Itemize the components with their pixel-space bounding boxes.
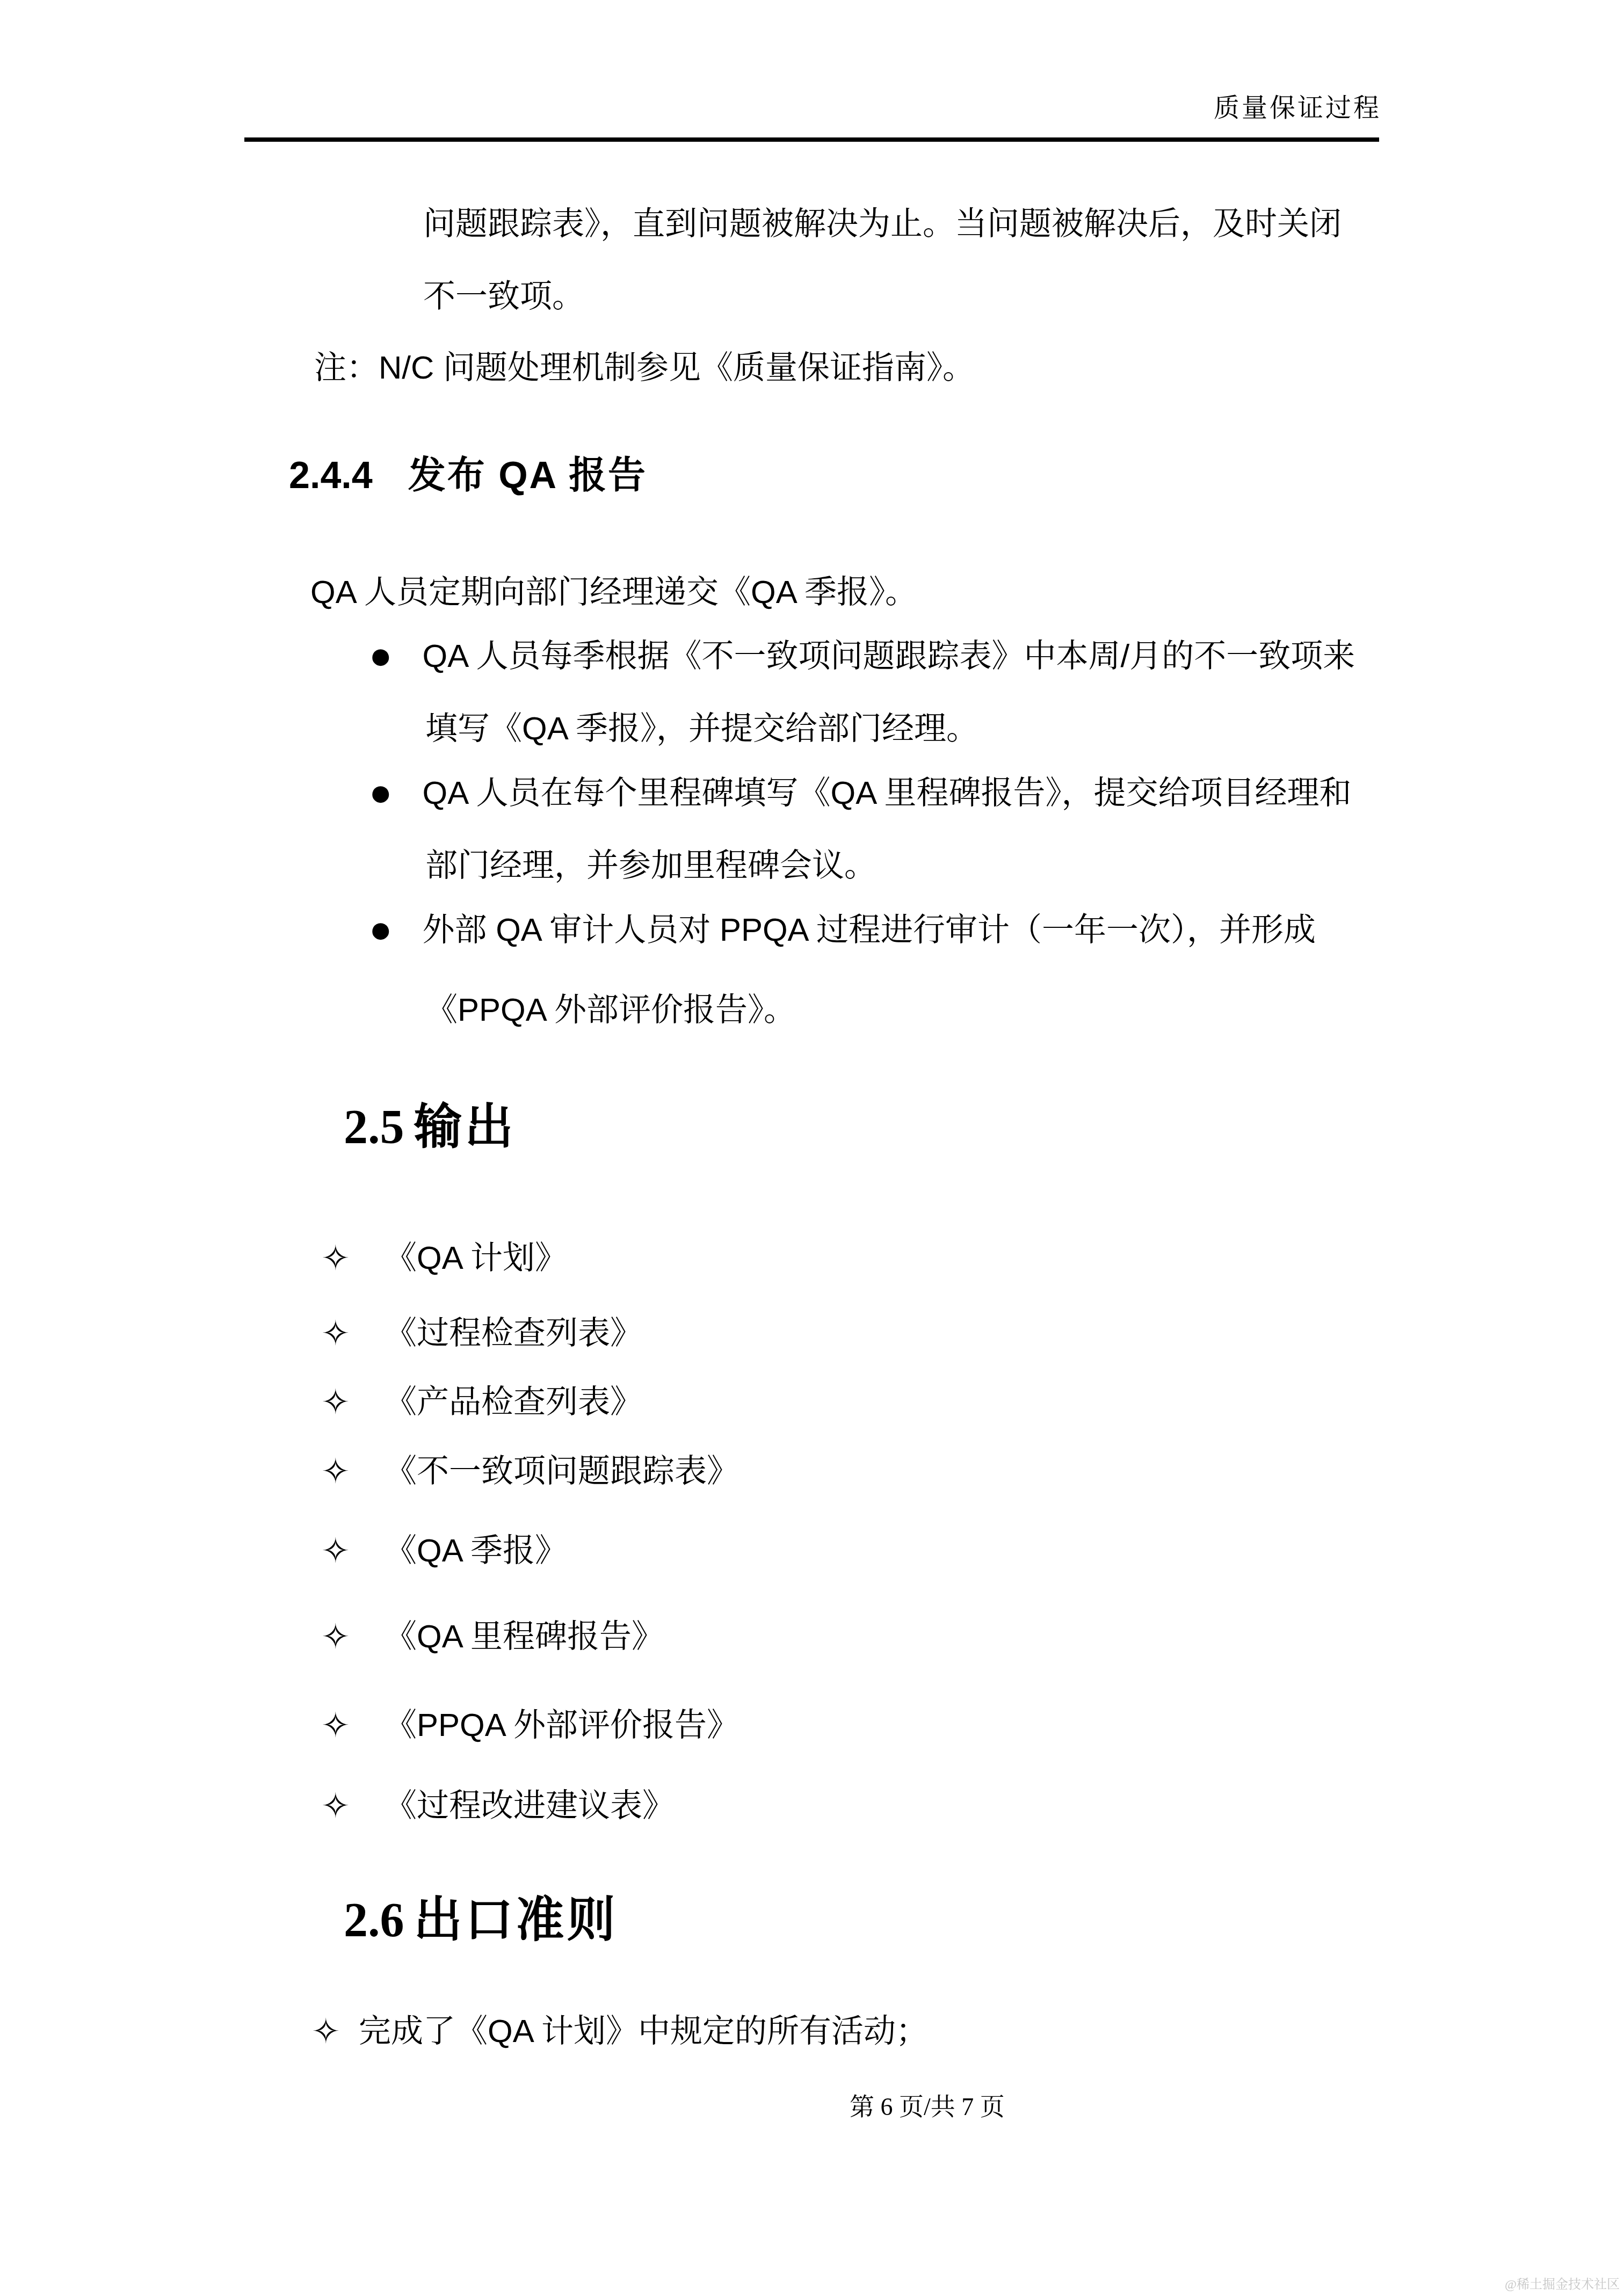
bullet-item: ● 外部 QA 审计人员对 PPQA 过程进行审计（一年一次），并形成 [369,910,1316,949]
list-item: ✧ 完成了《QA 计划》中规定的所有活动； [311,2012,928,2050]
diamond-bullet-icon: ✧ [321,1708,385,1742]
header-rule [244,137,1379,142]
bullet-text-continued: 部门经理，并参加里程碑会议。 [425,847,876,884]
list-item-label: 《QA 里程碑报告》 [385,1618,664,1655]
document-page: 质量保证过程 问题跟踪表》，直到问题被解决为止。当问题被解决后，及时关闭 不一致… [0,0,1624,2296]
list-item: ✧ 《PPQA 外部评价报告》 [321,1706,739,1743]
list-item: ✧ 《过程检查列表》 [321,1314,642,1352]
page-footer: 第 6 页/共 7 页 [850,2093,1005,2121]
list-item-label: 《PPQA 外部评价报告》 [385,1706,739,1743]
heading-number: 2.6 [344,1894,404,1947]
bullet-icon: ● [369,636,393,675]
list-item-label: 《QA 季报》 [385,1532,567,1569]
diamond-bullet-icon: ✧ [321,1534,385,1568]
diamond-bullet-icon: ✧ [321,1789,385,1823]
list-item: ✧ 《QA 季报》 [321,1532,567,1569]
list-item: ✧ 《过程改进建议表》 [321,1787,675,1824]
diamond-bullet-icon: ✧ [321,1454,385,1488]
bullet-text: QA 人员在每个里程碑填写《QA 里程碑报告》，提交给项目经理和 [423,774,1352,811]
list-item: ✧ 《产品检查列表》 [321,1383,642,1420]
lead-paragraph: QA 人员定期向部门经理递交《QA 季报》。 [310,573,917,611]
list-item-label: 《QA 计划》 [385,1239,567,1276]
heading-title: 出口准则 [414,1893,618,1947]
bullet-text: QA 人员每季根据《不一致项问题跟踪表》中本周/月的不一致项来 [423,637,1355,674]
running-title: 质量保证过程 [1214,93,1381,123]
heading-number: 2.5 [344,1101,404,1154]
list-item-label: 《不一致项问题跟踪表》 [385,1452,739,1490]
bullet-icon: ● [369,773,393,812]
diamond-bullet-icon: ✧ [311,2014,359,2048]
paragraph-line-1: 问题跟踪表》，直到问题被解决为止。当问题被解决后，及时关闭 [423,205,1342,242]
list-item: ✧ 《不一致项问题跟踪表》 [321,1452,739,1490]
diamond-bullet-icon: ✧ [321,1619,385,1654]
diamond-bullet-icon: ✧ [321,1385,385,1419]
list-item-label: 《过程检查列表》 [385,1314,642,1352]
list-item: ✧ 《QA 里程碑报告》 [321,1618,664,1655]
heading-title: 发布 QA 报告 [408,454,647,496]
list-item: ✧ 《QA 计划》 [321,1239,567,1276]
bullet-text-continued: 《PPQA 外部评价报告》。 [425,991,796,1028]
section-heading-25: 2.5输出 [344,1100,516,1156]
bullet-item: ● QA 人员在每个里程碑填写《QA 里程碑报告》，提交给项目经理和 [369,773,1352,812]
list-item-label: 《过程改进建议表》 [385,1787,675,1824]
list-item-label: 完成了《QA 计划》中规定的所有活动； [359,2012,928,2050]
bullet-text-continued: 填写《QA 季报》，并提交给部门经理。 [425,710,978,747]
bullet-icon: ● [369,910,393,949]
note-line: 注：N/C 问题处理机制参见《质量保证指南》。 [314,349,975,386]
section-heading-244: 2.4.4发布 QA 报告 [289,454,647,497]
section-heading-26: 2.6出口准则 [344,1893,618,1949]
diamond-bullet-icon: ✧ [321,1316,385,1350]
bullet-item: ● QA 人员每季根据《不一致项问题跟踪表》中本周/月的不一致项来 [369,636,1355,675]
list-item-label: 《产品检查列表》 [385,1383,642,1420]
heading-title: 输出 [414,1100,516,1154]
diamond-bullet-icon: ✧ [321,1241,385,1275]
paragraph-line-2: 不一致项。 [423,278,584,315]
bullet-text: 外部 QA 审计人员对 PPQA 过程进行审计（一年一次），并形成 [423,911,1316,948]
watermark: @稀土掘金技术社区 [1505,2278,1620,2293]
heading-number: 2.4.4 [289,454,373,496]
